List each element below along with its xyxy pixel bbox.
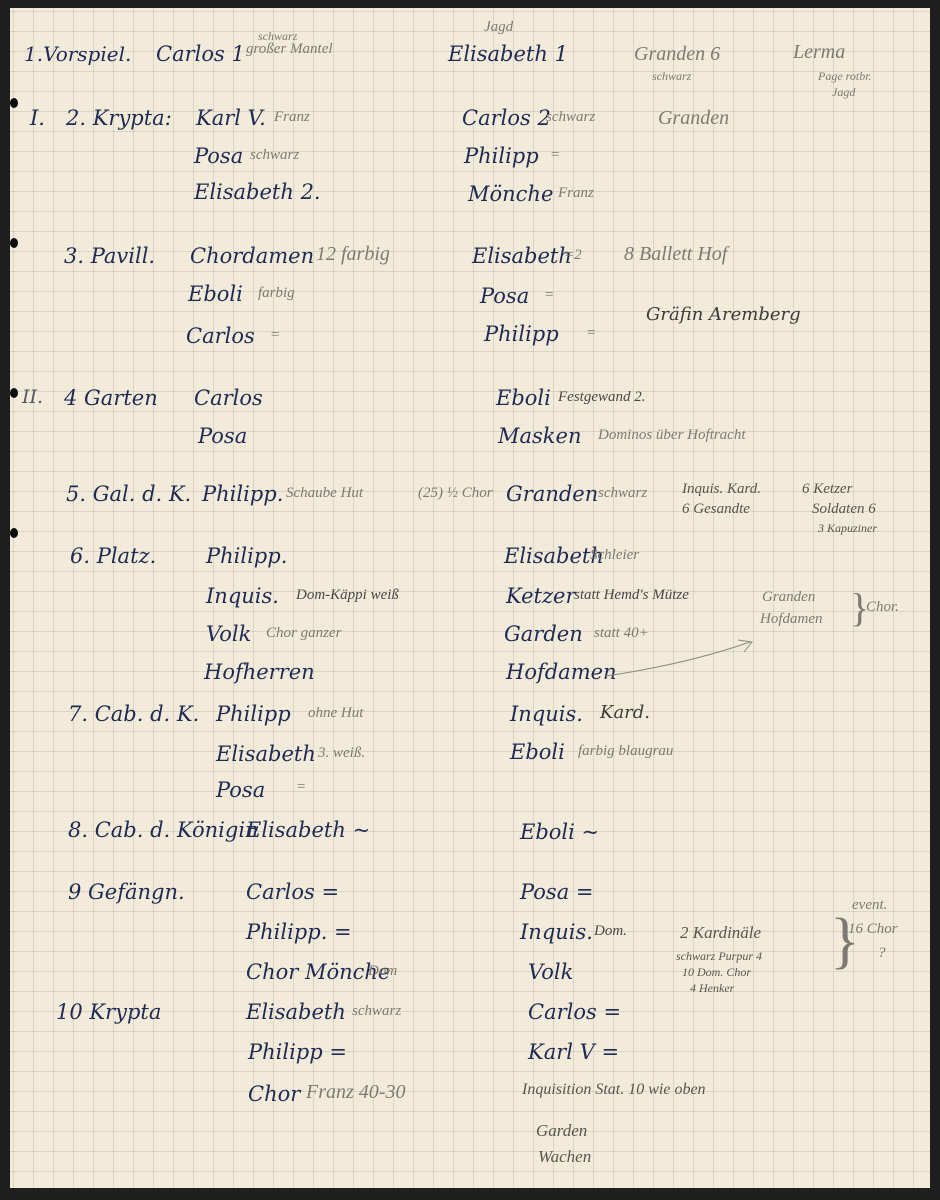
scene-10-elisabeth-note: schwarz bbox=[352, 1004, 401, 1019]
scene-10-wachen: Wachen bbox=[538, 1148, 591, 1165]
scene-7-elisabeth-note: 3. weiß. bbox=[318, 746, 365, 761]
scene-9-carlos: Carlos = bbox=[246, 882, 339, 903]
scene-7-eboli-note: farbig blaugrau bbox=[578, 744, 673, 759]
scene-10-label: 10 Krypta bbox=[56, 1002, 161, 1023]
scene-8-eboli: Eboli ~ bbox=[520, 822, 599, 843]
scene-10-chor-note: Franz 40-30 bbox=[306, 1082, 405, 1102]
scene-10-philipp: Philipp = bbox=[248, 1042, 347, 1063]
scene-9-event-chor: 16 Chor bbox=[848, 922, 898, 937]
scene-9-domchor: 10 Dom. Chor bbox=[682, 966, 751, 978]
scene-9-event-question: ? bbox=[878, 946, 886, 961]
scene-10-elisabeth: Elisabeth bbox=[246, 1002, 346, 1023]
scene-8-label: 8. Cab. d. Königin bbox=[68, 820, 259, 841]
scene-7-elisabeth: Elisabeth bbox=[216, 744, 316, 765]
scene-10-karl: Karl V = bbox=[528, 1042, 619, 1063]
scene-7-philipp-note: ohne Hut bbox=[308, 706, 363, 721]
scene-9-inquis-note: Dom. bbox=[594, 924, 627, 939]
scene-9-inquis: Inquis. bbox=[520, 922, 593, 943]
scene-7-inquis: Inquis. bbox=[510, 704, 583, 725]
scene-10-chor: Chor bbox=[248, 1084, 300, 1105]
scene-9-label: 9 Gefängn. bbox=[68, 882, 185, 903]
scene-9-brace: } bbox=[830, 910, 860, 972]
scene-9-purpur: schwarz Purpur 4 bbox=[676, 950, 762, 962]
scene-10-carlos: Carlos = bbox=[528, 1002, 621, 1023]
scene-9-posa: Posa = bbox=[520, 882, 594, 903]
scene-8-elisabeth: Elisabeth ~ bbox=[246, 820, 370, 841]
scene-7-posa-note: = bbox=[296, 780, 306, 795]
scene-9-chor-note: Dom bbox=[368, 964, 397, 979]
scene-7-eboli: Eboli bbox=[510, 742, 565, 763]
scene-10-inquisition: Inquisition Stat. 10 wie oben bbox=[522, 1082, 706, 1098]
scene-10-garden: Garden bbox=[536, 1122, 587, 1139]
scene-9-philipp: Philipp. = bbox=[246, 922, 352, 943]
scene-9-volk: Volk bbox=[528, 962, 573, 983]
scene-9-henker: 4 Henker bbox=[690, 982, 734, 994]
scene-9-event-note: event. bbox=[852, 898, 887, 913]
scene-7-label: 7. Cab. d. K. bbox=[68, 704, 199, 725]
scene-7-inquis-note: Kard. bbox=[600, 704, 650, 722]
scene-7-philipp: Philipp bbox=[216, 704, 291, 725]
scene-9-kardinaele: 2 Kardinäle bbox=[680, 924, 761, 941]
scene-7-posa: Posa bbox=[216, 780, 265, 801]
